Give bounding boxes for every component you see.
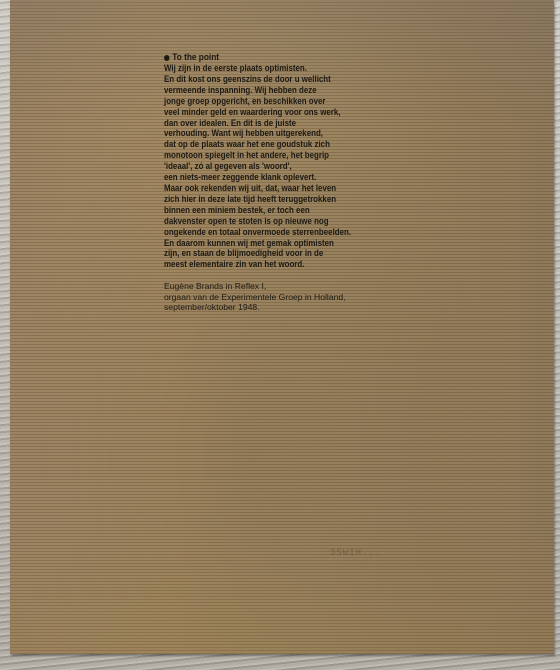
heading-text: To the point [172,52,219,63]
attribution: Eugène Brands in Reflex I,orgaan van de … [164,281,374,313]
quote-line: zijn, en staan de blijmoedigheid voor in… [164,248,349,259]
quote-line: verhouding. Want wij hebben uitgerekend, [164,128,349,139]
quote-line: En dit kost ons geenszins de door u well… [164,74,349,85]
quote-block: To the point Wij zijn in de eerste plaat… [164,52,374,313]
quote-line: En daarom kunnen wij met gemak optimiste… [164,238,349,249]
quote-line: jonge groep opgericht, en beschikken ove… [164,96,349,107]
quote-line: vermeende inspanning. Wij hebben deze [164,85,349,96]
quote-line: 'ideaal', zó al gegeven als 'woord', [164,161,349,172]
quote-line: een niets-meer zeggende klank oplevert. [164,172,349,183]
quote-line: Wij zijn in de eerste plaats optimisten. [164,63,349,74]
bullet-icon [164,55,170,61]
attribution-line: orgaan van de Experimentele Groep in Hol… [164,292,374,303]
quote-line: meest elementaire zin van het woord. [164,259,349,270]
quote-line: binnen een miniem bestek, er toch een [164,205,349,216]
quote-line: zich hier in deze late tijd heeft terugg… [164,194,349,205]
quote-line: Maar ook rekenden wij uit, dat, waar het… [164,183,349,194]
quote-line: monotoon spiegelt in het andere, het beg… [164,150,349,161]
quote-line: dan over idealen. En dit is de juiste [164,118,349,129]
quote-line: veel minder geld en waardering voor ons … [164,107,349,118]
attribution-line: Eugène Brands in Reflex I, [164,281,374,292]
quote-line: dat op de plaats waar het ene goudstuk z… [164,139,349,150]
quote-line: dakvenster open te stoten is op nieuwe n… [164,216,349,227]
attribution-line: september/oktober 1948. [164,302,374,313]
faint-stamp: 3SWIH... [330,548,381,558]
quote-line: ongekende en totaal onvermoede sterrenbe… [164,227,349,238]
quote-heading: To the point [164,52,357,63]
quote-text: Wij zijn in de eerste plaats optimisten.… [164,63,374,270]
